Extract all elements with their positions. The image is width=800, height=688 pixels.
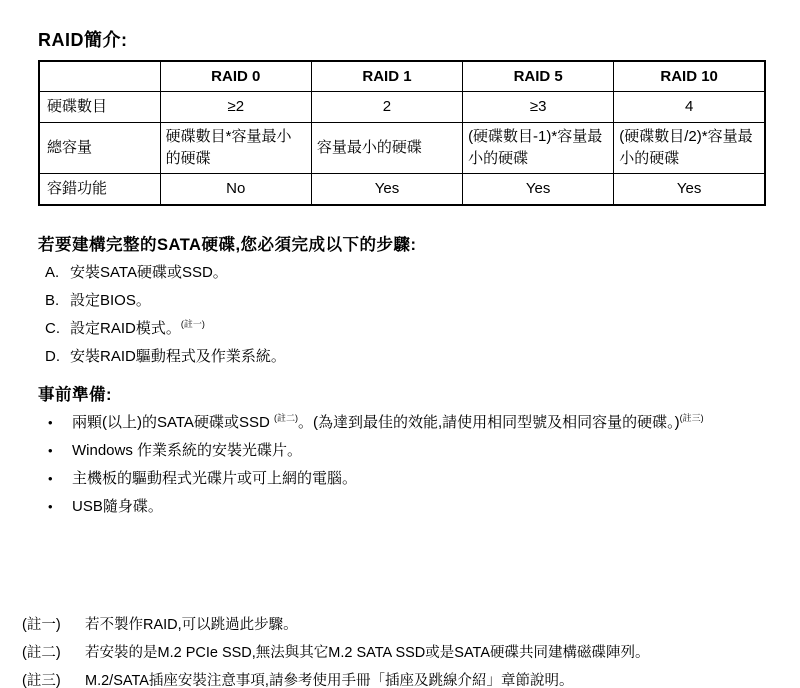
footnote-label: (註三) bbox=[22, 667, 85, 688]
step-text: 設定BIOS。 bbox=[70, 292, 151, 309]
table-cell: Yes bbox=[614, 174, 765, 206]
table-header-raid1: RAID 1 bbox=[311, 61, 462, 92]
table-cell: 容量最小的硬碟 bbox=[311, 123, 462, 174]
bullet-icon: • bbox=[48, 493, 72, 520]
step-letter: A. bbox=[45, 259, 70, 287]
step-item-a: A.安裝SATA硬碟或SSD。 bbox=[45, 259, 286, 287]
manual-page: RAID簡介: RAID 0 RAID 1 RAID 5 RAID 10 硬碟數… bbox=[0, 0, 800, 688]
table-row-drive-count: 硬碟數目 ≥2 2 ≥3 4 bbox=[39, 92, 765, 123]
row-label-fault-tolerance: 容錯功能 bbox=[39, 174, 160, 206]
table-cell: Yes bbox=[311, 174, 462, 206]
footnote-label: (註一) bbox=[22, 611, 85, 639]
table-cell: ≥2 bbox=[160, 92, 311, 123]
steps-section-heading: 若要建構完整的SATA硬碟,您必須完成以下的步驟: bbox=[38, 231, 417, 255]
table-cell: 2 bbox=[311, 92, 462, 123]
table-row-total-capacity: 總容量 硬碟數目*容量最小的硬碟 容量最小的硬碟 (硬碟數目-1)*容量最小的硬… bbox=[39, 123, 765, 174]
step-text: 安裝RAID驅動程式及作業系統。 bbox=[70, 348, 286, 365]
prep-bullet-windows-disc: • Windows 作業系統的安裝光碟片。 bbox=[48, 437, 768, 464]
bullet-text: 兩顆(以上)的SATA硬碟或SSD (註二)。(為達到最佳的效能,請使用相同型號… bbox=[72, 409, 768, 436]
footnote-label: (註二) bbox=[22, 639, 85, 667]
step-text: 安裝SATA硬碟或SSD。 bbox=[70, 264, 228, 281]
footnote-2: (註二) 若安裝的是M.2 PCIe SSD,無法與其它M.2 SATA SSD… bbox=[22, 639, 650, 667]
prep-section-heading: 事前準備: bbox=[38, 381, 112, 405]
table-header-raid10: RAID 10 bbox=[614, 61, 765, 92]
step-text: 設定RAID模式。 bbox=[70, 320, 181, 337]
note-ref-3: (註三) bbox=[680, 413, 704, 423]
row-label-total-capacity: 總容量 bbox=[39, 123, 160, 174]
bullet-icon: • bbox=[48, 437, 72, 464]
bullet-icon: • bbox=[48, 409, 72, 436]
table-header-raid5: RAID 5 bbox=[463, 61, 614, 92]
bullet-icon: • bbox=[48, 465, 72, 492]
step-letter: B. bbox=[45, 287, 70, 315]
raid-comparison-table: RAID 0 RAID 1 RAID 5 RAID 10 硬碟數目 ≥2 2 ≥… bbox=[38, 60, 766, 206]
step-item-d: D.安裝RAID驅動程式及作業系統。 bbox=[45, 343, 286, 371]
prep-bullet-driver-disc: • 主機板的驅動程式光碟片或可上網的電腦。 bbox=[48, 465, 768, 492]
table-cell: (硬碟數目/2)*容量最小的硬碟 bbox=[614, 123, 765, 174]
table-cell: 4 bbox=[614, 92, 765, 123]
prep-list: • 兩顆(以上)的SATA硬碟或SSD (註二)。(為達到最佳的效能,請使用相同… bbox=[48, 409, 768, 521]
bullet-text: 主機板的驅動程式光碟片或可上網的電腦。 bbox=[72, 465, 768, 492]
bullet-text: USB隨身碟。 bbox=[72, 493, 768, 520]
step-item-b: B.設定BIOS。 bbox=[45, 287, 286, 315]
row-label-drive-count: 硬碟數目 bbox=[39, 92, 160, 123]
table-row-fault-tolerance: 容錯功能 No Yes Yes Yes bbox=[39, 174, 765, 206]
note-ref-1: (註一) bbox=[181, 319, 205, 329]
prep-bullet-drives: • 兩顆(以上)的SATA硬碟或SSD (註二)。(為達到最佳的效能,請使用相同… bbox=[48, 409, 768, 436]
step-letter: C. bbox=[45, 315, 70, 343]
table-header-blank bbox=[39, 61, 160, 92]
table-cell: No bbox=[160, 174, 311, 206]
table-cell: (硬碟數目-1)*容量最小的硬碟 bbox=[463, 123, 614, 174]
footnote-3: (註三) M.2/SATA插座安裝注意事項,請參考使用手冊「插座及跳線介紹」章節… bbox=[22, 667, 650, 688]
table-header-row: RAID 0 RAID 1 RAID 5 RAID 10 bbox=[39, 61, 765, 92]
steps-list: A.安裝SATA硬碟或SSD。 B.設定BIOS。 C.設定RAID模式。(註一… bbox=[45, 259, 286, 371]
footnote-text: 若不製作RAID,可以跳過此步驟。 bbox=[85, 611, 298, 639]
footnote-1: (註一) 若不製作RAID,可以跳過此步驟。 bbox=[22, 611, 650, 639]
prep-bullet-usb-drive: • USB隨身碟。 bbox=[48, 493, 768, 520]
step-item-c: C.設定RAID模式。(註一) bbox=[45, 315, 286, 343]
page-title: RAID簡介: bbox=[38, 26, 128, 52]
note-ref-2: (註二) bbox=[274, 413, 298, 423]
bullet-text: Windows 作業系統的安裝光碟片。 bbox=[72, 437, 768, 464]
footnotes: (註一) 若不製作RAID,可以跳過此步驟。 (註二) 若安裝的是M.2 PCI… bbox=[22, 611, 650, 688]
table-header-raid0: RAID 0 bbox=[160, 61, 311, 92]
footnote-text: M.2/SATA插座安裝注意事項,請參考使用手冊「插座及跳線介紹」章節說明。 bbox=[85, 667, 573, 688]
table-cell: Yes bbox=[463, 174, 614, 206]
table-cell: 硬碟數目*容量最小的硬碟 bbox=[160, 123, 311, 174]
table-cell: ≥3 bbox=[463, 92, 614, 123]
step-letter: D. bbox=[45, 343, 70, 371]
footnote-text: 若安裝的是M.2 PCIe SSD,無法與其它M.2 SATA SSD或是SAT… bbox=[85, 639, 650, 667]
